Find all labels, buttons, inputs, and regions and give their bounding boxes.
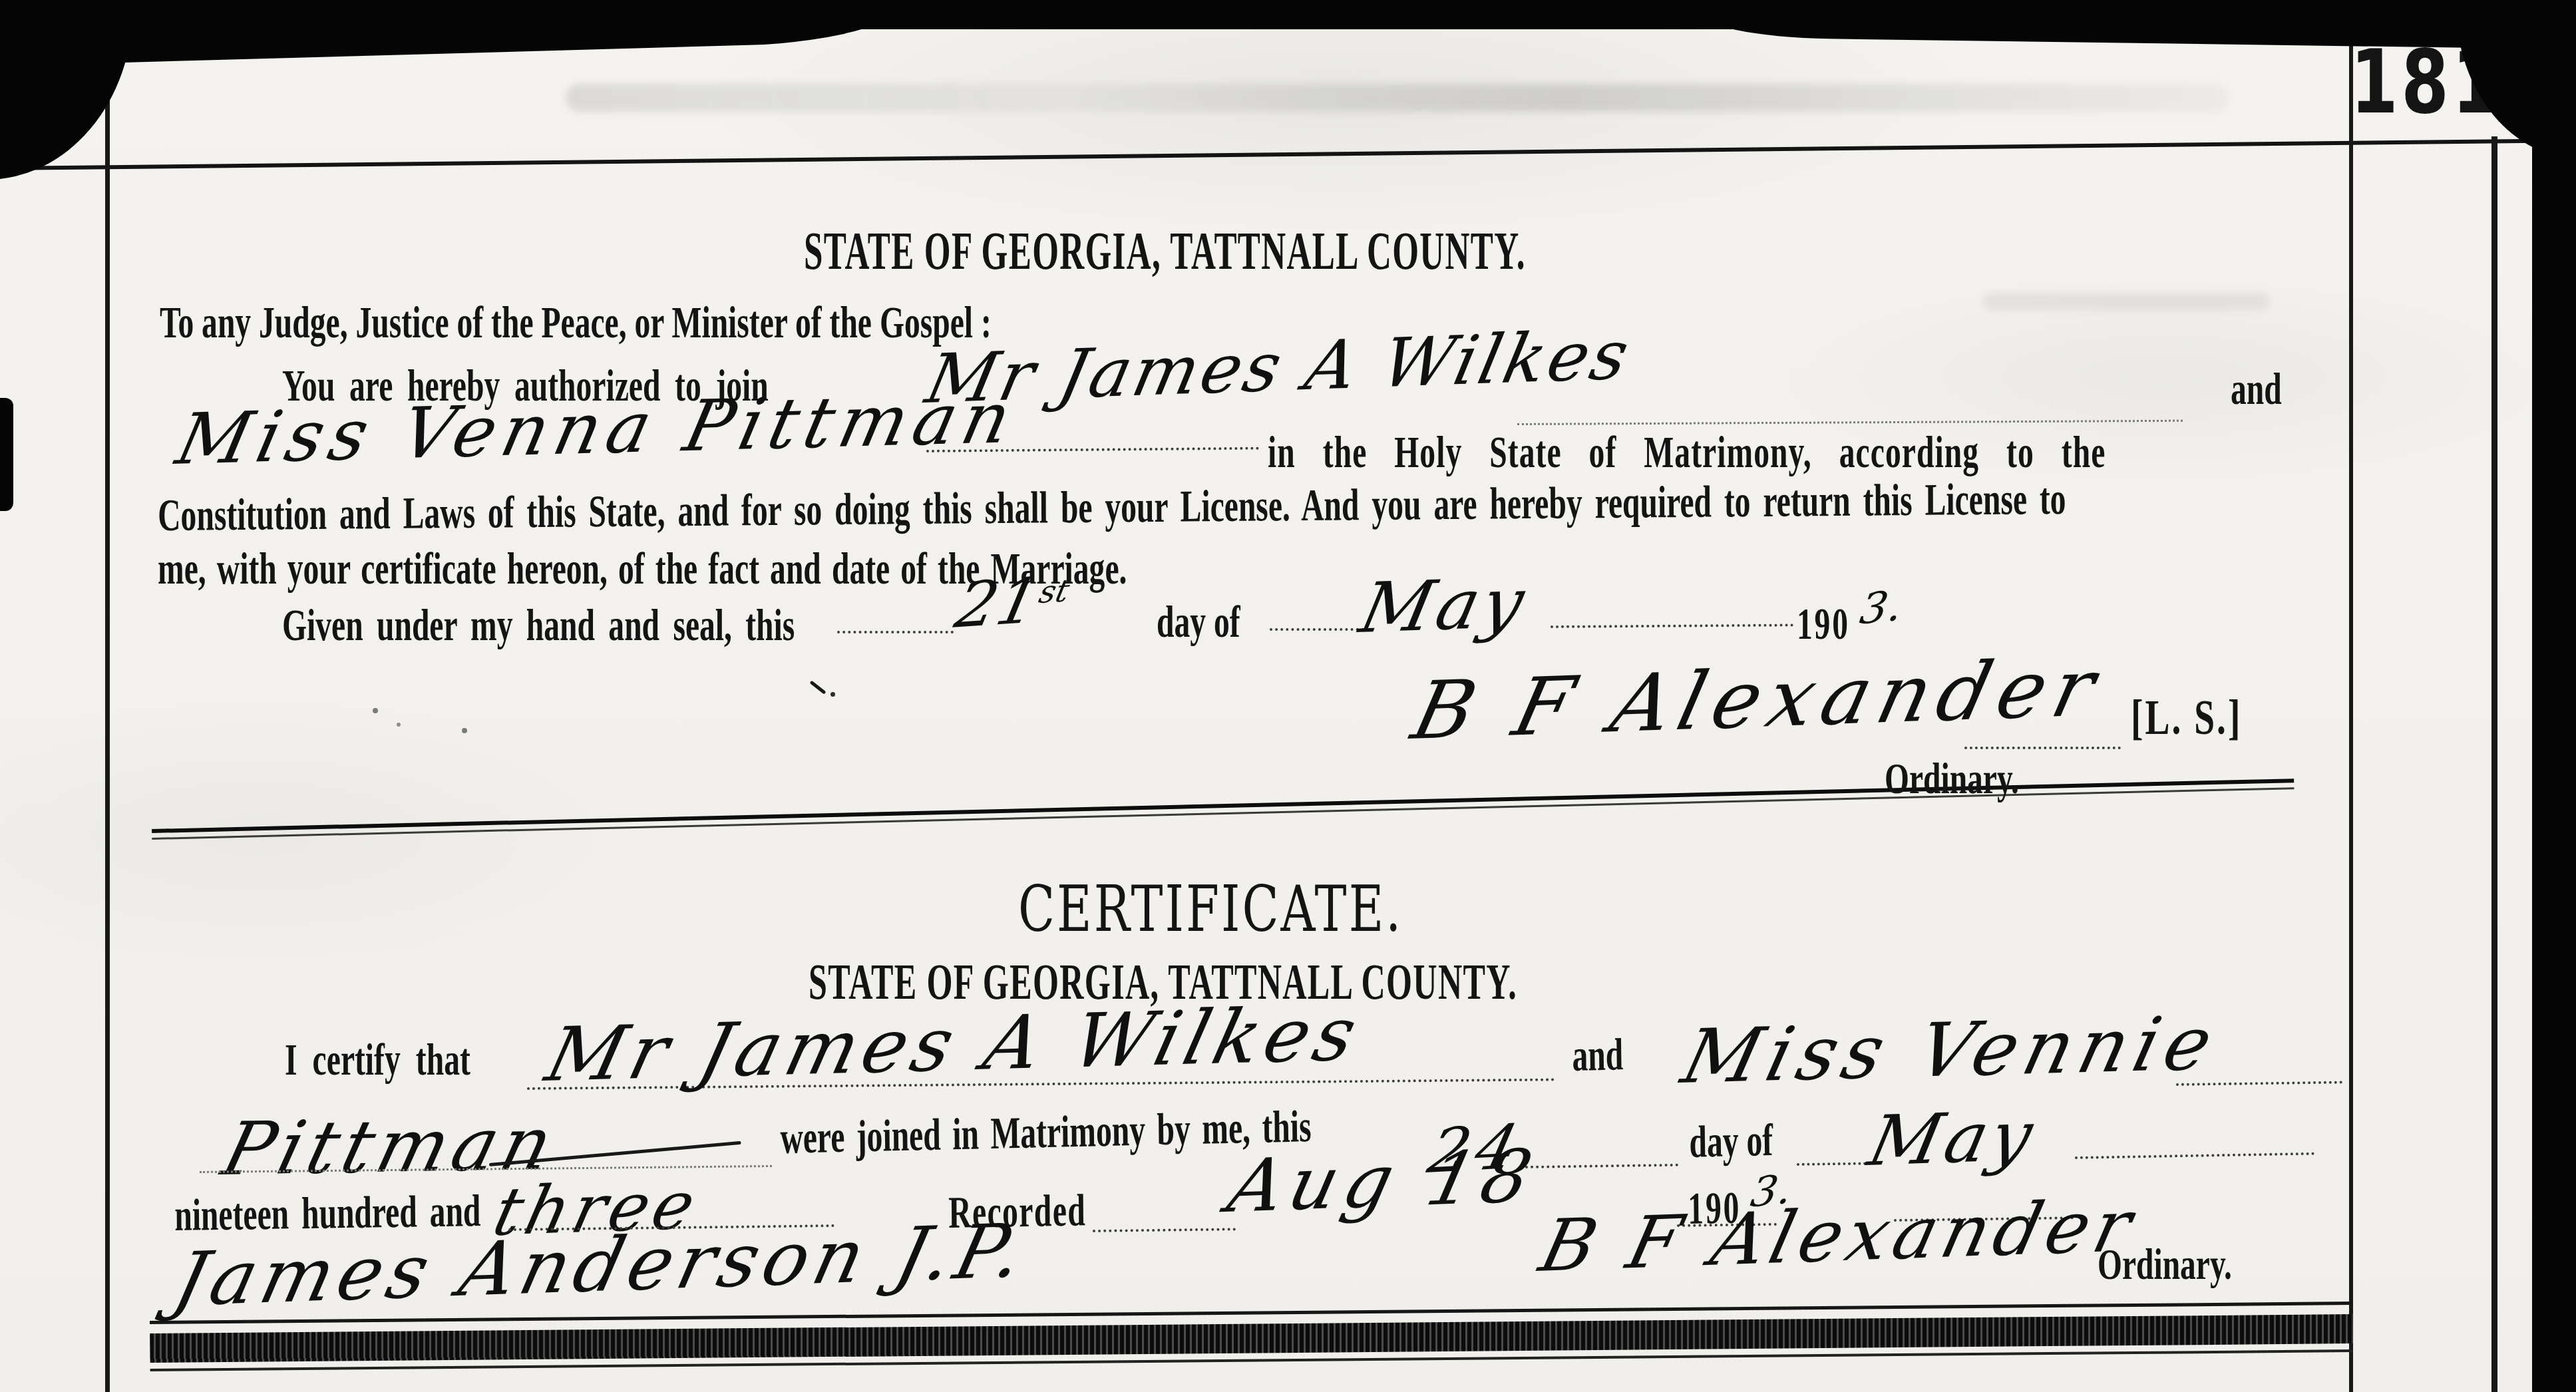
dotted-line: [1551, 623, 1793, 628]
license-matrimony-text: in the Holy State of Matrimony, accordin…: [1268, 429, 2106, 474]
license-day-of-label: day of: [1157, 599, 1240, 644]
groom-name-handwritten: Mr James A Wilkes: [920, 321, 1636, 413]
scan-border-left-notch: [0, 398, 13, 511]
dotted-line: [1270, 628, 1370, 631]
certificate-ordinary-label: Ordinary.: [2098, 1243, 2232, 1287]
certificate-ordinary-signature-handwritten: B F Alexander: [1534, 1190, 2143, 1283]
ink-dot: [397, 723, 401, 727]
license-given-text: Given under my hand and seal, this: [282, 602, 795, 647]
right-margin-line: [2349, 37, 2353, 1392]
left-margin-line: [105, 27, 110, 1392]
scan-border-top-left: [0, 0, 914, 67]
top-frame-line: [0, 138, 2576, 170]
scan-corner-top-left: [0, 0, 133, 180]
license-day-handwritten: 21st: [950, 568, 1074, 638]
license-month-handwritten: May: [1355, 568, 1535, 642]
dotted-line: [1525, 1164, 1678, 1168]
certify-text: I certify that: [285, 1037, 470, 1082]
marriage-record-scan: STATE OF GEORGIA, TATTNALL COUNTY. To an…: [0, 0, 2576, 1392]
license-title: STATE OF GEORGIA, TATTNALL COUNTY.: [804, 225, 1526, 278]
certificate-groom-handwritten: Mr James A Wilkes: [540, 997, 1368, 1093]
certificate-day-of-label: day of: [1689, 1117, 1773, 1164]
ink-dot: [462, 728, 467, 733]
license-year-suffix-handwritten: 3.: [1857, 585, 1905, 631]
license-body-line1: Constitution and Laws of this State, and…: [158, 476, 2066, 538]
bride-name-handwritten: Miss Venna Pittman: [170, 383, 1023, 475]
certificate-month-handwritten: May: [1863, 1101, 2043, 1175]
certificate-and-label: and: [1572, 1031, 1624, 1078]
dotted-line: [1964, 747, 2121, 749]
scan-border-right: [2532, 0, 2576, 1392]
ink-dot: [830, 692, 835, 697]
dotted-line: [1093, 1228, 1236, 1232]
joined-text: were joined in Matrimony by me, this: [780, 1103, 1312, 1160]
license-and-label: and: [2231, 366, 2282, 411]
scan-smudge: [1983, 293, 2269, 310]
certificate-bride-first-handwritten: Miss Vennie: [1676, 1006, 2226, 1095]
license-year-prefix: 190: [1797, 601, 1850, 646]
seal-label: [L. S.]: [2131, 693, 2242, 743]
scan-smudge: [566, 84, 2229, 112]
certificate-heading: CERTIFICATE.: [1018, 877, 1403, 941]
dotted-line: [2075, 1152, 2314, 1159]
dotted-line: [1517, 420, 2183, 425]
dotted-line: [837, 631, 954, 633]
license-ordinary-label: Ordinary.: [1885, 757, 2019, 801]
scan-border-top-right: [1696, 0, 2576, 49]
license-salutation: To any Judge, Justice of the Peace, or M…: [160, 299, 992, 345]
dotted-line: [1797, 1162, 1871, 1166]
recorded-date-handwritten: Aug 18: [1222, 1139, 1545, 1223]
license-ordinary-signature: B F Alexander: [1405, 648, 2110, 752]
ink-mark: [809, 681, 826, 695]
right-edge-line: [2491, 136, 2497, 1392]
ink-dot: [373, 708, 378, 713]
hatch-band: [150, 1314, 2352, 1363]
